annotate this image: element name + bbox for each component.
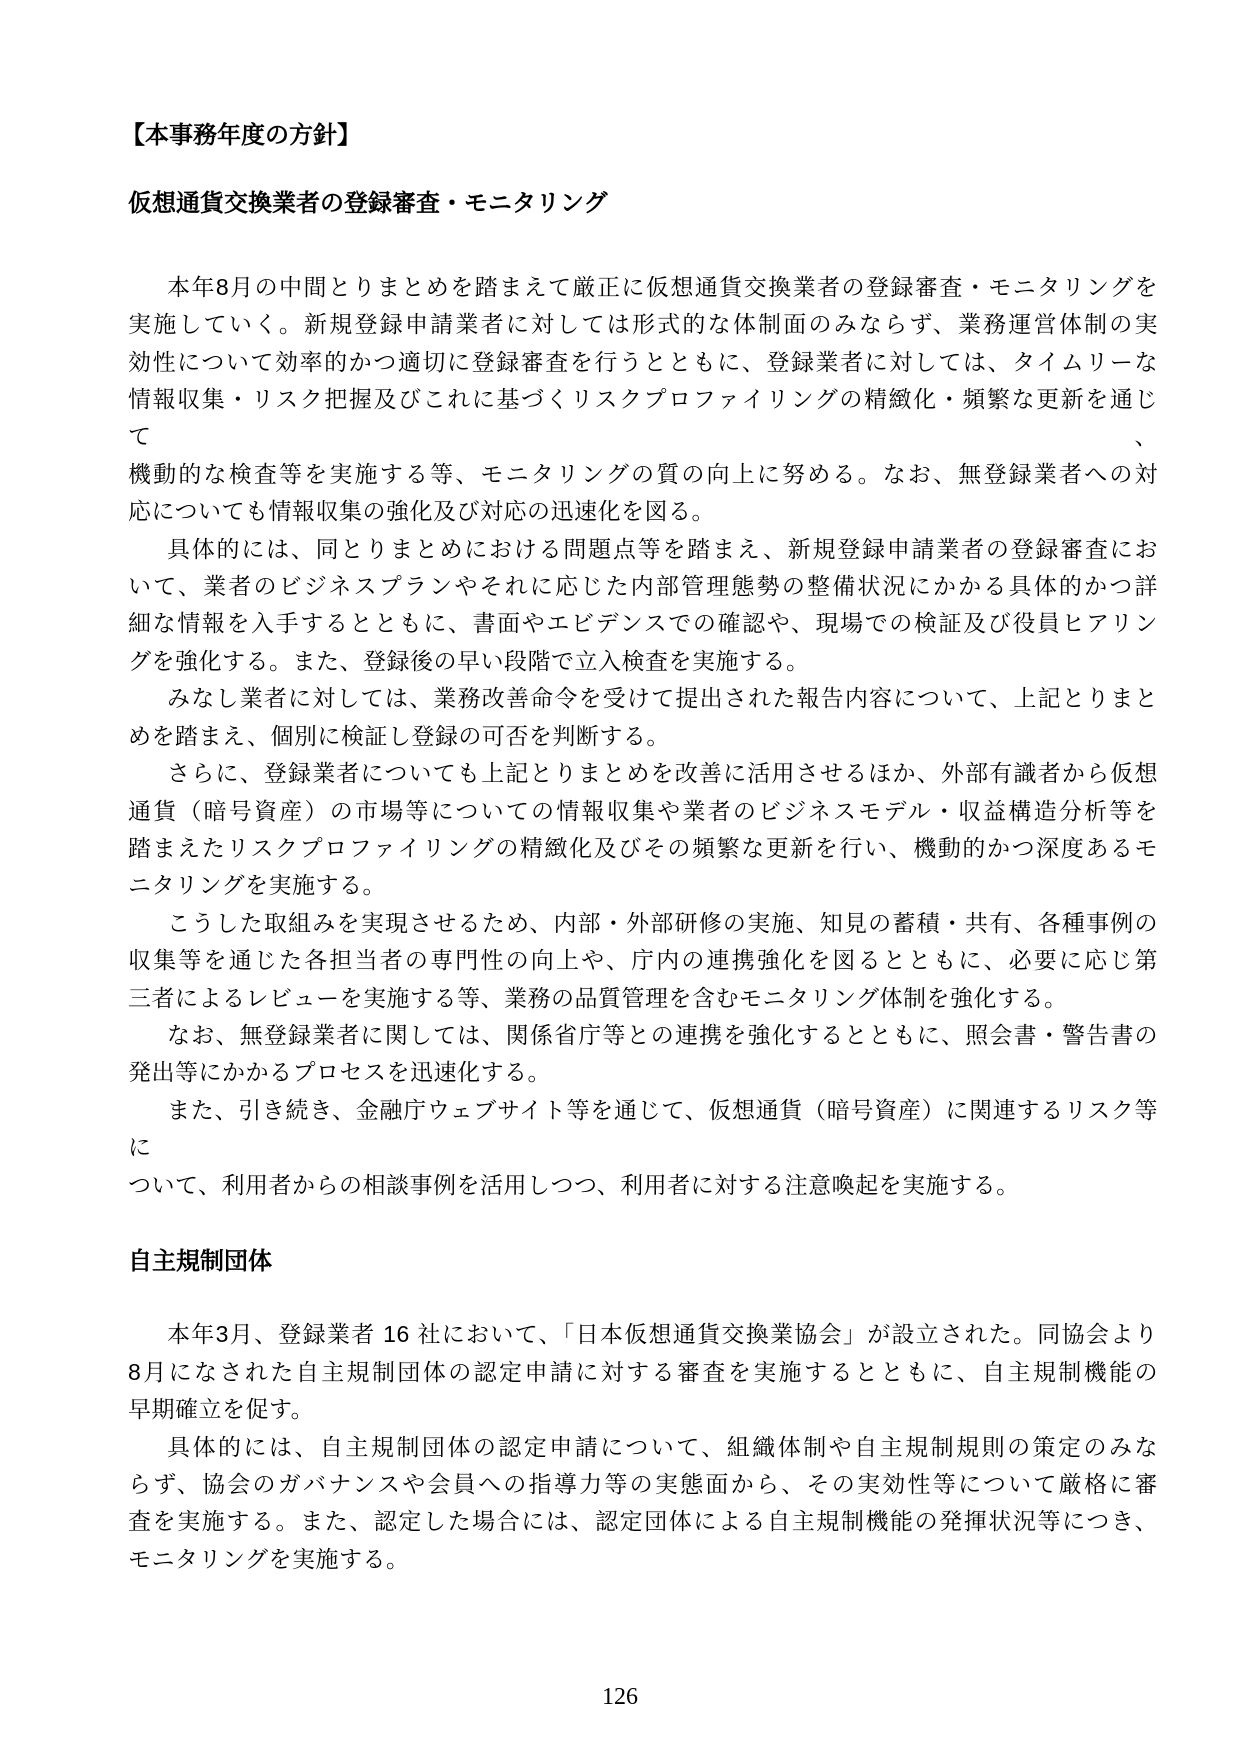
paragraph: 具体的には、同とりまとめにおける問題点等を踏まえ、新規登録申請業者の登録審査にお… (128, 531, 1158, 681)
text-line: 細な情報を入手するとともに、書面やエビデンスでの確認や、現場での検証及び役員ヒア… (128, 605, 1158, 642)
paragraph: 本年8月の中間とりまとめを踏まえて厳正に仮想通貨交換業者の登録審査・モニタリング… (128, 269, 1158, 531)
text-line: いて、業者のビジネスプランやそれに応じた内部管理態勢の整備状況にかかる具体的かつ… (128, 568, 1158, 605)
text-line: さらに、登録業者についても上記とりまとめを改善に活用させるほか、外部有識者から仮… (128, 755, 1158, 792)
section1-body: 本年8月の中間とりまとめを踏まえて厳正に仮想通貨交換業者の登録審査・モニタリング… (128, 269, 1158, 1204)
text-line: こうした取組みを実現させるため、内部・外部研修の実施、知見の蓄積・共有、各種事例… (128, 905, 1158, 942)
document-content: 【本事務年度の方針】 仮想通貨交換業者の登録審査・モニタリング 本年8月の中間と… (128, 117, 1158, 1578)
text-line: 三者によるレビューを実施する等、業務の品質管理を含むモニタリング体制を強化する。 (128, 980, 1158, 1017)
text-line: 本年3月、登録業者 16 社において、「日本仮想通貨交換業協会」が設立された。同… (128, 1316, 1158, 1353)
text-line: ついて、利用者からの相談事例を活用しつつ、利用者に対する注意喚起を実施する。 (128, 1167, 1158, 1204)
text-line: グを強化する。また、登録後の早い段階で立入検査を実施する。 (128, 643, 1158, 680)
section1-heading: 仮想通貨交換業者の登録審査・モニタリング (128, 185, 1158, 222)
text-line: 収集等を通じた各担当者の専門性の向上や、庁内の連携強化を図るとともに、必要に応じ… (128, 942, 1158, 979)
text-line: みなし業者に対しては、業務改善命令を受けて提出された報告内容について、上記とりま… (128, 680, 1158, 717)
paragraph: 本年3月、登録業者 16 社において、「日本仮想通貨交換業協会」が設立された。同… (128, 1316, 1158, 1428)
text-line: 踏まえたリスクプロファイリングの精緻化及びその頻繁な更新を行い、機動的かつ深度あ… (128, 830, 1158, 867)
text-line: らず、協会のガバナンスや会員への指導力等の実態面から、その実効性等について厳格に… (128, 1466, 1158, 1503)
text-line: 具体的には、自主規制団体の認定申請について、組織体制や自主規制規則の策定のみな (128, 1429, 1158, 1466)
text-line: 情報収集・リスク把握及びこれに基づくリスクプロファイリングの精緻化・頻繁な更新を… (128, 381, 1158, 456)
text-line: めを踏まえ、個別に検証し登録の可否を判断する。 (128, 718, 1158, 755)
text-line: 具体的には、同とりまとめにおける問題点等を踏まえ、新規登録申請業者の登録審査にお (128, 531, 1158, 568)
paragraph: また、引き続き、金融庁ウェブサイト等を通じて、仮想通貨（暗号資産）に関連するリス… (128, 1092, 1158, 1204)
text-line: 発出等にかかるプロセスを迅速化する。 (128, 1054, 1158, 1091)
section2-body: 本年3月、登録業者 16 社において、「日本仮想通貨交換業協会」が設立された。同… (128, 1316, 1158, 1578)
text-line: 応についても情報収集の強化及び対応の迅速化を図る。 (128, 493, 1158, 530)
text-line: 実施していく。新規登録申請業者に対しては形式的な体制面のみならず、業務運営体制の… (128, 306, 1158, 343)
text-line: 通貨（暗号資産）の市場等についての情報収集や業者のビジネスモデル・収益構造分析等… (128, 793, 1158, 830)
text-line: 効性について効率的かつ適切に登録審査を行うとともに、登録業者に対しては、タイムリ… (128, 344, 1158, 381)
paragraph: こうした取組みを実現させるため、内部・外部研修の実施、知見の蓄積・共有、各種事例… (128, 905, 1158, 1017)
text-line: また、引き続き、金融庁ウェブサイト等を通じて、仮想通貨（暗号資産）に関連するリス… (128, 1092, 1158, 1167)
text-line: 8月になされた自主規制団体の認定申請に対する審査を実施するとともに、自主規制機能… (128, 1354, 1158, 1391)
paragraph: みなし業者に対しては、業務改善命令を受けて提出された報告内容について、上記とりま… (128, 680, 1158, 755)
text-line: 機動的な検査等を実施する等、モニタリングの質の向上に努める。なお、無登録業者への… (128, 456, 1158, 493)
text-line: なお、無登録業者に関しては、関係省庁等との連携を強化するとともに、照会書・警告書… (128, 1017, 1158, 1054)
text-line: ニタリングを実施する。 (128, 867, 1158, 904)
paragraph: さらに、登録業者についても上記とりまとめを改善に活用させるほか、外部有識者から仮… (128, 755, 1158, 905)
paragraph: なお、無登録業者に関しては、関係省庁等との連携を強化するとともに、照会書・警告書… (128, 1017, 1158, 1092)
text-line: 査を実施する。また、認定した場合には、認定団体による自主規制機能の発揮状況等につ… (128, 1503, 1158, 1540)
paragraph: 具体的には、自主規制団体の認定申請について、組織体制や自主規制規則の策定のみな … (128, 1429, 1158, 1579)
text-line: 本年8月の中間とりまとめを踏まえて厳正に仮想通貨交換業者の登録審査・モニタリング… (128, 269, 1158, 306)
page-main-heading: 【本事務年度の方針】 (121, 117, 1158, 154)
text-line: モニタリングを実施する。 (128, 1541, 1158, 1578)
page-number: 126 (0, 1683, 1240, 1711)
document-page: 【本事務年度の方針】 仮想通貨交換業者の登録審査・モニタリング 本年8月の中間と… (0, 0, 1240, 1755)
text-line: 早期確立を促す。 (128, 1391, 1158, 1428)
section2-heading: 自主規制団体 (128, 1243, 1158, 1280)
